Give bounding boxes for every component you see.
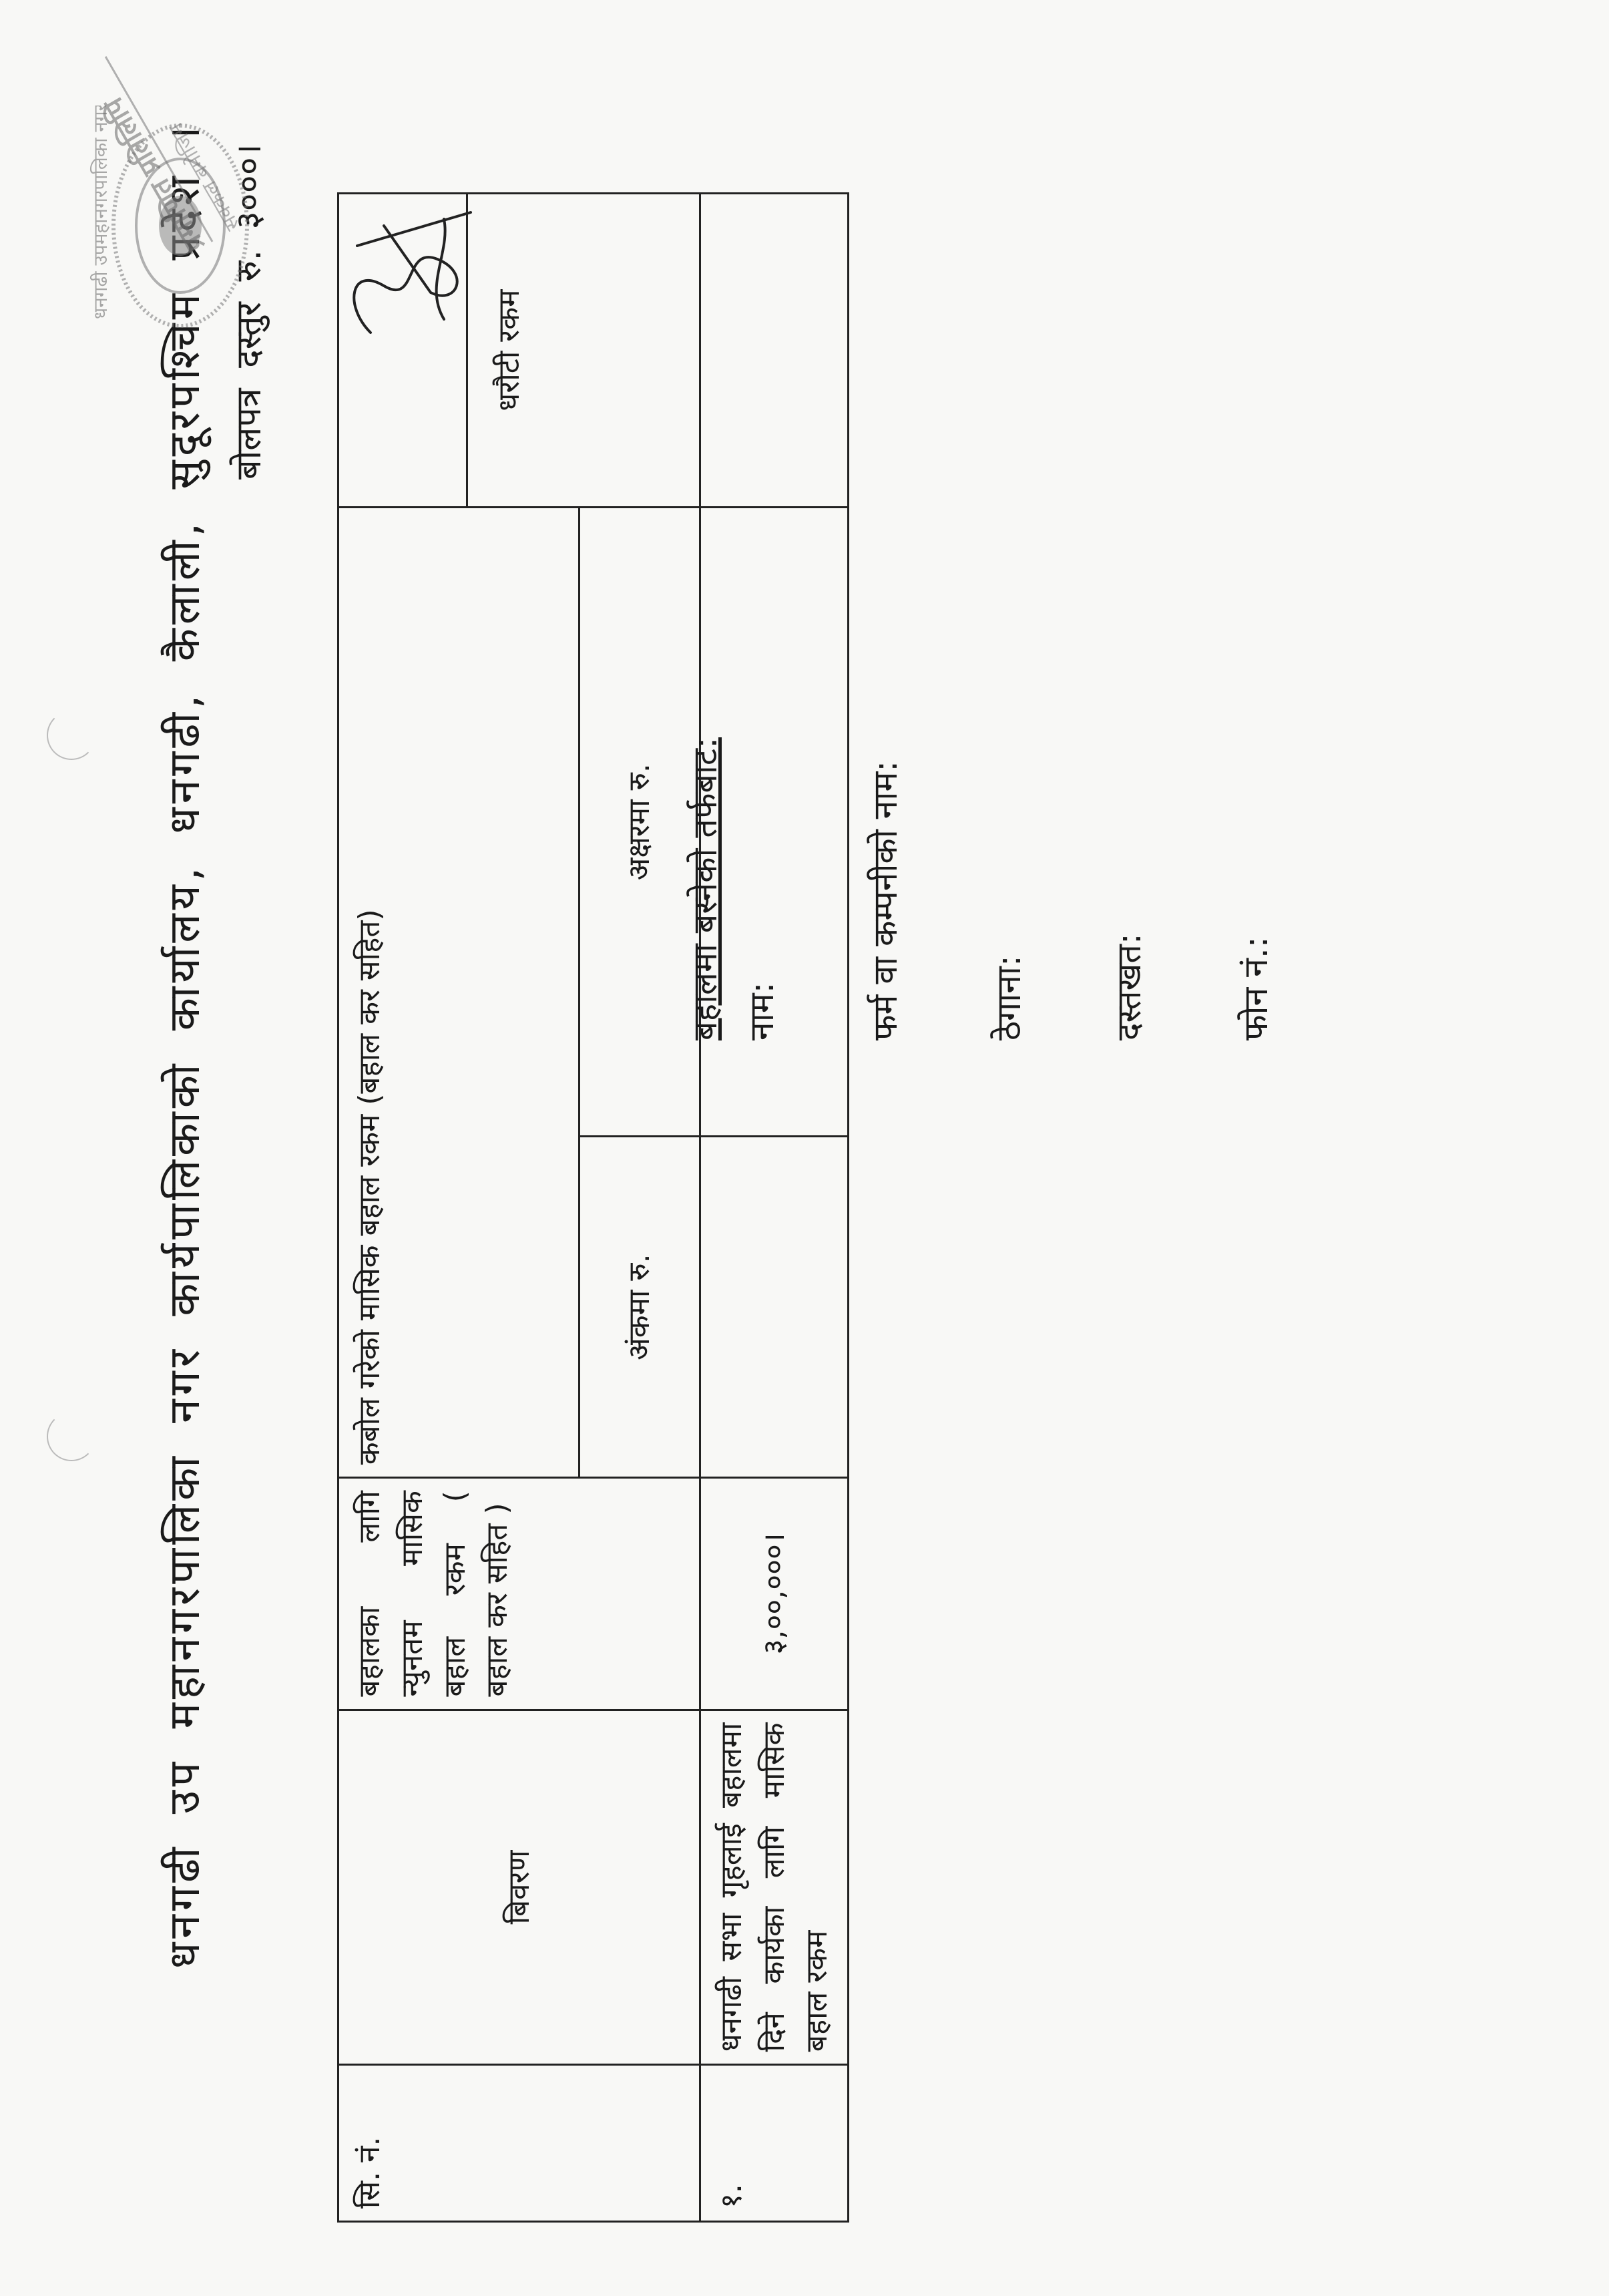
address-field[interactable]: ठेगाना: xyxy=(985,955,1030,1040)
header-serial: सि. नं. xyxy=(338,2065,700,2222)
cell-deposit[interactable] xyxy=(700,194,849,508)
header-description: बिवरण xyxy=(338,1710,700,2065)
certified-copy-stamp-icon: प्रमाणित प्रतिलिपि सक्कल बमोजिम xyxy=(73,12,260,293)
signature-field[interactable]: दस्तखत: xyxy=(1105,933,1150,1040)
header-quoted-rent: कबोल गरेको मासिक बहाल रकम (बहाल कर सहित) xyxy=(338,508,580,1478)
bidder-name-field[interactable]: नाम: xyxy=(738,982,783,1040)
cell-serial: १. xyxy=(700,2065,849,2222)
bid-form-page: धनगढी उप महानगरपालिका नगर कार्यपालिकाको … xyxy=(0,0,1609,2296)
bid-table: सि. नं. बिवरण बहालका लागि न्युनतम मासिक … xyxy=(337,192,849,2223)
header-min-rent: बहालका लागि न्युनतम मासिक बहाल रकम ( बहा… xyxy=(338,1478,700,1710)
page-title: धनगढी उप महानगरपालिका नगर कार्यपालिकाको … xyxy=(154,122,212,1969)
cell-quoted-figures[interactable] xyxy=(700,1136,849,1477)
firm-name-field[interactable]: फर्म वा कम्पनीको नाम: xyxy=(861,761,907,1040)
punch-hole-mark xyxy=(47,711,96,760)
signature-icon xyxy=(344,199,484,346)
table-row: १. धनगढी सभा गृहलाई बहालमा दिने कार्यका … xyxy=(700,194,849,2222)
table-header-row: सि. नं. बिवरण बहालका लागि न्युनतम मासिक … xyxy=(338,194,580,2222)
punch-hole-mark xyxy=(47,1412,96,1461)
cell-description: धनगढी सभा गृहलाई बहालमा दिने कार्यका लाग… xyxy=(700,1710,849,2065)
header-in-figures: अंकमा रु. xyxy=(580,1136,700,1477)
bidder-section-heading: बहालमा बस्नेको तर्फबाट: xyxy=(681,737,726,1040)
phone-field[interactable]: फोन नं.: xyxy=(1232,936,1277,1040)
cell-min-rent: ३,००,०००। xyxy=(700,1478,849,1710)
